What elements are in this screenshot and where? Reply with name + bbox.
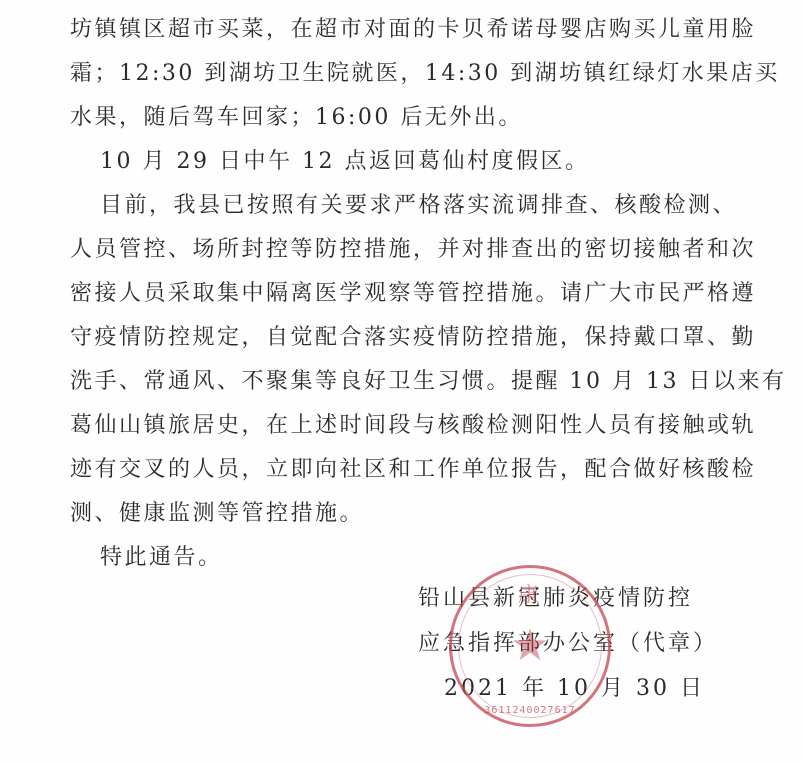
body-line-9: 洗手、常通风、不聚集等良好卫生习惯。提醒 10 月 13 日以来有 (70, 360, 570, 404)
signature-block: 铅山县新冠肺炎疫情防控 应急指挥部办公室（代章） 2021 年 10 月 30 … (418, 576, 718, 711)
notice-body: 坊镇镇区超市买菜，在超市对面的卡贝希诺母婴店购买儿童用脸 霜；12:30 到湖坊… (70, 8, 570, 580)
document-page: 坊镇镇区超市买菜，在超市对面的卡贝希诺母婴店购买儿童用脸 霜；12:30 到湖坊… (0, 0, 802, 763)
body-line-6: 人员管控、场所封控等防控措施，并对排查出的密切接触者和次 (70, 228, 570, 272)
body-line-1: 坊镇镇区超市买菜，在超市对面的卡贝希诺母婴店购买儿童用脸 (70, 8, 570, 52)
signature-date: 2021 年 10 月 30 日 (418, 666, 718, 711)
signature-org-line-1: 铅山县新冠肺炎疫情防控 (418, 576, 718, 621)
body-line-5: 目前，我县已按照有关要求严格落实流调排查、核酸检测、 (70, 184, 570, 228)
body-line-4: 10 月 29 日中午 12 点返回葛仙村度假区。 (70, 140, 570, 184)
body-line-12: 测、健康监测等管控措施。 (70, 492, 570, 536)
body-line-8: 守疫情防控规定，自觉配合落实疫情防控措施，保持戴口罩、勤 (70, 316, 570, 360)
body-line-11: 迹有交叉的人员，立即向社区和工作单位报告，配合做好核酸检 (70, 448, 570, 492)
closing-line: 特此通告。 (70, 536, 570, 580)
body-line-7: 密接人员采取集中隔离医学观察等管控措施。请广大市民严格遵 (70, 272, 570, 316)
signature-org-line-2: 应急指挥部办公室（代章） (418, 621, 718, 666)
body-line-2: 霜；12:30 到湖坊卫生院就医，14:30 到湖坊镇红绿灯水果店买 (70, 52, 570, 96)
body-line-10: 葛仙山镇旅居史，在上述时间段与核酸检测阳性人员有接触或轨 (70, 404, 570, 448)
body-line-3: 水果，随后驾车回家；16:00 后无外出。 (70, 96, 570, 140)
